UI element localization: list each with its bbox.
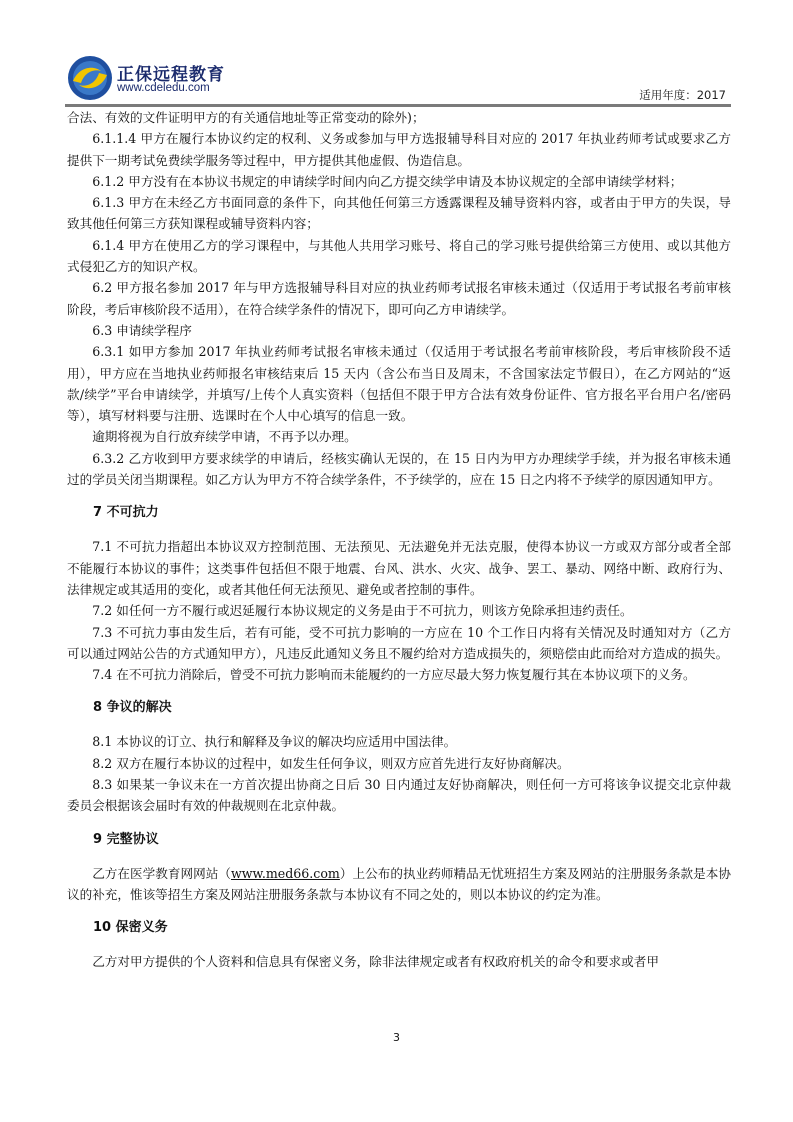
page-header: 正保远程教育 www.cdeledu.com 适用年度：2017 xyxy=(0,0,793,106)
brand-url: www.cdeledu.com xyxy=(117,82,210,94)
section-heading-8: 8 争议的解决 xyxy=(67,698,731,718)
applicable-year: 适用年度：2017 xyxy=(639,87,726,103)
clause-6-3: 6.3 申请续学程序 xyxy=(67,320,731,341)
clause-6-3-1-note: 逾期将视为自行放弃续学申请，不再予以办理。 xyxy=(67,426,731,447)
document-body: 合法、有效的文件证明甲方的有关通信地址等正常变动的除外)； 6.1.1.4 甲方… xyxy=(67,107,731,973)
clause-6-1-2: 6.1.2 甲方没有在本协议书规定的申请续学时间内向乙方提交续学申请及本协议规定… xyxy=(67,171,731,192)
med66-link[interactable]: www.med66.com xyxy=(231,866,340,881)
clause-6-1-3: 6.1.3 甲方在未经乙方书面同意的条件下，向其他任何第三方透露课程及辅导资料内… xyxy=(67,192,731,235)
clause-7-1: 7.1 不可抗力指超出本协议双方控制范围、无法预见、无法避免并无法克服，使得本协… xyxy=(67,536,731,600)
clause-7-2: 7.2 如任何一方不履行或迟延履行本协议规定的义务是由于不可抗力，则该方免除承担… xyxy=(67,600,731,621)
paragraph-continued: 合法、有效的文件证明甲方的有关通信地址等正常变动的除外)； xyxy=(67,107,731,128)
clause-8-1: 8.1 本协议的订立、执行和解释及争议的解决均应适用中国法律。 xyxy=(67,731,731,752)
page-number: 3 xyxy=(0,1031,793,1044)
clause-6-1-1-4: 6.1.1.4 甲方在履行本协议约定的权利、义务或参加与甲方选报辅导科目对应的 … xyxy=(67,128,731,171)
section-heading-10: 10 保密义务 xyxy=(67,918,731,938)
clause-8-2: 8.2 双方在履行本协议的过程中，如发生任何争议，则双方应首先进行友好协商解决。 xyxy=(67,753,731,774)
clause-9: 乙方在医学教育网网站（www.med66.com）上公布的执业药师精品无忧班招生… xyxy=(67,863,731,906)
clause-6-2: 6.2 甲方报名参加 2017 年与甲方选报辅导科目对应的执业药师考试报名审核未… xyxy=(67,277,731,320)
section-heading-7: 7 不可抗力 xyxy=(67,503,731,523)
clause-10: 乙方对甲方提供的个人资料和信息具有保密义务，除非法律规定或者有权政府机关的命令和… xyxy=(67,951,731,972)
clause-6-3-1: 6.3.1 如甲方参加 2017 年执业药师考试报名审核未通过（仅适用于考试报名… xyxy=(67,341,731,426)
clause-6-3-2: 6.3.2 乙方收到甲方要求续学的申请后，经核实确认无误的，在 15 日内为甲方… xyxy=(67,448,731,491)
clause-7-3: 7.3 不可抗力事由发生后，若有可能，受不可抗力影响的一方应在 10 个工作日内… xyxy=(67,622,731,665)
clause-6-1-4: 6.1.4 甲方在使用乙方的学习课程中，与其他人共用学习账号、将自己的学习账号提… xyxy=(67,235,731,278)
section-heading-9: 9 完整协议 xyxy=(67,830,731,850)
clause-8-3: 8.3 如果某一争议未在一方首次提出协商之日后 30 日内通过友好协商解决，则任… xyxy=(67,774,731,817)
clause-9-text-pre: 乙方在医学教育网网站（ xyxy=(92,866,231,881)
company-logo-icon xyxy=(67,55,113,101)
clause-7-4: 7.4 在不可抗力消除后，曾受不可抗力影响而未能履约的一方应尽最大努力恢复履行其… xyxy=(67,664,731,685)
